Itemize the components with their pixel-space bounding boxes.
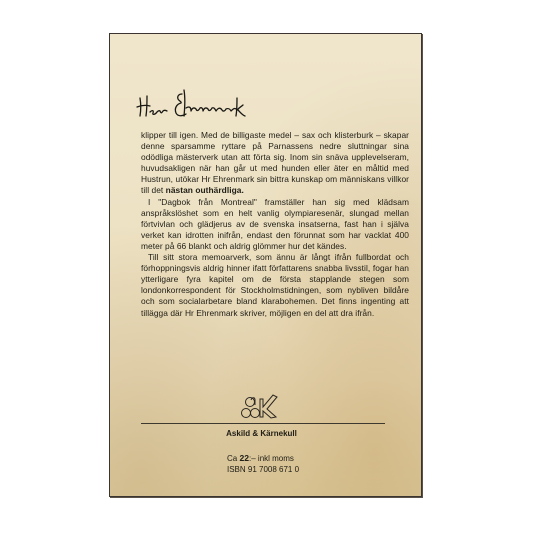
price-suffix: :– inkl moms (249, 454, 294, 463)
price-amount: 22 (239, 453, 249, 463)
isbn-line: ISBN 91 7008 671 0 (227, 465, 299, 476)
signature-handwriting: Herr Ehrenmark (136, 86, 256, 122)
divider-line (141, 423, 385, 424)
publisher-logo: a&K (240, 391, 280, 421)
publisher-name: Askild & Kärnekull (110, 429, 421, 438)
price-prefix: Ca (227, 454, 239, 463)
blurb-paragraph-1: klipper till igen. Med de billigaste med… (141, 130, 409, 197)
blurb-text: klipper till igen. Med de billigaste med… (141, 130, 409, 319)
blurb-paragraph-3: Till sitt stora memoarverk, som ännu är … (141, 252, 409, 319)
blurb-text-segment: I "Dagbok från Montreal" framställer han… (141, 197, 409, 251)
price-line: Ca 22:– inkl moms (227, 453, 299, 465)
price-isbn-block: Ca 22:– inkl moms ISBN 91 7008 671 0 (227, 453, 299, 475)
blurb-paragraph-2: I "Dagbok från Montreal" framställer han… (141, 197, 409, 252)
book-back-cover: Herr Ehrenmark klipper till igen. Med de… (109, 33, 422, 497)
blurb-text-segment: Till sitt stora memoarverk, som ännu är … (141, 252, 409, 317)
blurb-bold-phrase: nästan outhärdliga. (166, 185, 244, 195)
